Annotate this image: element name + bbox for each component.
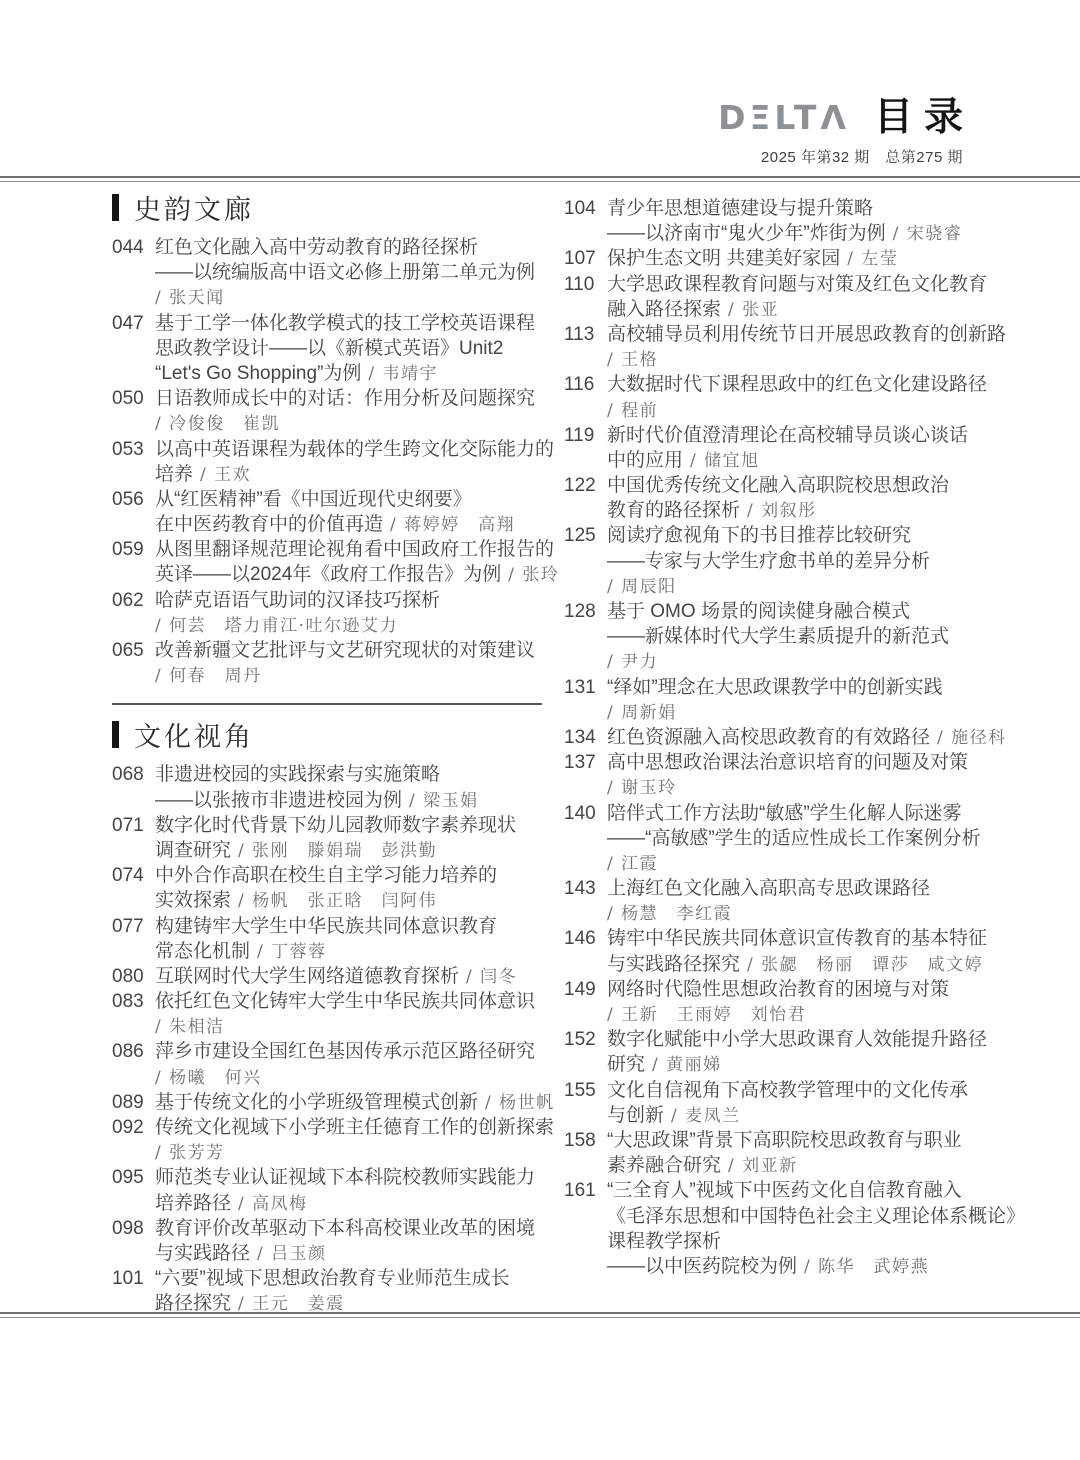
entry-title-text: 依托红色文化铸牢大学生中华民族共同体意识 — [155, 991, 535, 1012]
entry-lines: 中国优秀传统文化融入高职院校思想政治教育的路径探析/ 刘叙彤 — [607, 473, 1016, 523]
entry-authors: / 张勰 杨丽 谭莎 咸文婷 — [747, 955, 983, 975]
entry-title-text: 师范类专业认证视域下本科院校教师实践能力 — [155, 1167, 535, 1188]
entry-line: 师范类专业认证视域下本科院校教师实践能力 — [155, 1165, 542, 1190]
page-number: 128 — [564, 599, 607, 675]
page-number: 131 — [564, 675, 607, 725]
page-number: 158 — [564, 1128, 607, 1178]
entry-line: 英译——以2024年《政府工作报告》为例/ 张玲 — [155, 562, 542, 587]
entry-title-text: 中外合作高职在校生自主学习能力培养的 — [155, 865, 497, 886]
page-number: 122 — [564, 473, 607, 523]
entry-authors: / 周辰阳 — [607, 577, 677, 597]
entry-title-text: ——新媒体时代大学生素质提升的新范式 — [607, 626, 949, 647]
entry-line: ——以济南市“鬼火少年”炸街为例/ 宋骁睿 — [607, 221, 1016, 246]
entry-line: ——专家与大学生疗愈书单的差异分析 — [607, 549, 1016, 574]
entry-authors: / 刘叙彤 — [747, 501, 817, 521]
entry-authors: / 王元 姜震 — [238, 1294, 345, 1314]
entry-lines: 从“红医精神”看《中国近现代史纲要》在中医药教育中的价值再造/ 蒋婷婷 高翔 — [155, 487, 542, 537]
page-number: 083 — [112, 989, 155, 1039]
entry-title-text: 英译——以2024年《政府工作报告》为例 — [155, 564, 501, 585]
entry-title-text: 融入路径探索 — [607, 299, 721, 320]
page-number: 134 — [564, 725, 607, 750]
toc-entry: 059从图里翻译规范理论视角看中国政府工作报告的英译——以2024年《政府工作报… — [112, 537, 542, 587]
entry-line: / 周新娟 — [607, 700, 1016, 725]
entry-title-text: 日语教师成长中的对话：作用分析及问题探究 — [155, 388, 535, 409]
entry-lines: 互联网时代大学生网络道德教育探析/ 闫冬 — [155, 964, 542, 989]
entry-title-text: 网络时代隐性思想政治教育的困境与对策 — [607, 979, 949, 1000]
entry-title-text: 培养路径 — [155, 1193, 231, 1214]
section-marker-bar — [112, 721, 119, 748]
entry-line: 基于传统文化的小学班级管理模式创新/ 杨世帆 — [155, 1090, 542, 1115]
page-number: 140 — [564, 801, 607, 877]
entry-authors: / 陈华 武婷燕 — [804, 1257, 929, 1277]
entry-line: / 冷俊俊 崔凯 — [155, 411, 542, 436]
entry-title-text: 与创新 — [607, 1105, 664, 1126]
entry-line: / 何芸 塔力甫江·吐尔逊艾力 — [155, 613, 542, 638]
entry-lines: 教育评价改革驱动下本科高校课业改革的困境与实践路径/ 吕玉颜 — [155, 1216, 542, 1266]
toc-entry: 143上海红色文化融入高职高专思政课路径/ 杨慧 李红霞 — [564, 876, 1016, 926]
entry-line: 与创新/ 麦凤兰 — [607, 1103, 1016, 1128]
toc-entry: 137高中思想政治课法治意识培育的问题及对策/ 谢玉玲 — [564, 750, 1016, 800]
entry-line: 从“红医精神”看《中国近现代史纲要》 — [155, 487, 542, 512]
entry-line: 调查研究/ 张刚 滕娟瑞 彭洪勤 — [155, 838, 542, 863]
entry-line: 萍乡市建设全国红色基因传承示范区路径研究 — [155, 1039, 542, 1064]
entry-lines: 铸牢中华民族共同体意识宣传教育的基本特征与实践路径探究/ 张勰 杨丽 谭莎 咸文… — [607, 926, 1016, 976]
entry-line: 培养/ 王欢 — [155, 462, 542, 487]
section-title: 文化视角 — [134, 715, 254, 754]
entry-title-text: 调查研究 — [155, 840, 231, 861]
toc-entry: 134红色资源融入高校思政教育的有效路径/ 施径科 — [564, 725, 1016, 750]
entry-lines: 依托红色文化铸牢大学生中华民族共同体意识/ 朱相洁 — [155, 989, 542, 1039]
toc-entry: 083依托红色文化铸牢大学生中华民族共同体意识/ 朱相洁 — [112, 989, 542, 1039]
entry-lines: 改善新疆文艺批评与文艺研究现状的对策建议/ 何春 周丹 — [155, 638, 542, 688]
toc-entry: 062哈萨克语语气助词的汉译技巧探析/ 何芸 塔力甫江·吐尔逊艾力 — [112, 588, 542, 638]
page-number: 116 — [564, 372, 607, 422]
entry-line: / 张芳芳 — [155, 1140, 542, 1165]
entry-lines: 青少年思想道德建设与提升策略——以济南市“鬼火少年”炸街为例/ 宋骁睿 — [607, 196, 1016, 246]
entry-title-text: “大思政课”背景下高职院校思政教育与职业 — [607, 1130, 962, 1151]
entry-title-text: 基于 OMO 场景的阅读健身融合模式 — [607, 601, 910, 622]
entry-title-text: 中的应用 — [607, 450, 683, 471]
entry-line: 教育评价改革驱动下本科高校课业改革的困境 — [155, 1216, 542, 1241]
entry-authors: / 韦靖宇 — [368, 364, 438, 384]
toc-entry: 140陪伴式工作方法助“敏感”学生化解人际迷雾——“高敏感”学生的适应性成长工作… — [564, 801, 1016, 877]
toc-entry: 113高校辅导员利用传统节日开展思政教育的创新路/ 王格 — [564, 322, 1016, 372]
entry-title-text: 与实践路径探究 — [607, 954, 740, 975]
entry-line: “绎如”理念在大思政课教学中的创新实践 — [607, 675, 1016, 700]
page-number: 044 — [112, 235, 155, 311]
entry-title-text: 红色资源融入高校思政教育的有效路径 — [607, 727, 930, 748]
entry-authors: / 麦凤兰 — [671, 1106, 741, 1126]
toc-entry: 092传统文化视域下小学班主任德育工作的创新探索/ 张芳芳 — [112, 1115, 542, 1165]
entry-line: 上海红色文化融入高职高专思政课路径 — [607, 876, 1016, 901]
entry-lines: 文化自信视角下高校教学管理中的文化传承与创新/ 麦凤兰 — [607, 1078, 1016, 1128]
entry-line: ——以统编版高中语文必修上册第二单元为例 — [155, 260, 542, 285]
entry-title-text: “Let's Go Shopping”为例 — [155, 363, 361, 384]
entry-line: “Let's Go Shopping”为例/ 韦靖宇 — [155, 361, 542, 386]
entry-line: 培养路径/ 高凤梅 — [155, 1191, 542, 1216]
entry-lines: 以高中英语课程为载体的学生跨文化交际能力的培养/ 王欢 — [155, 437, 542, 487]
toc-entry: 056从“红医精神”看《中国近现代史纲要》在中医药教育中的价值再造/ 蒋婷婷 高… — [112, 487, 542, 537]
entry-lines: 数字化赋能中小学大思政课育人效能提升路径研究/ 黄丽娣 — [607, 1027, 1016, 1077]
toc-page: { "colors": { "logo": "#8d9194", "title_… — [0, 0, 1080, 1460]
entry-line: 《毛泽东思想和中国特色社会主义理论体系概论》 — [607, 1204, 1016, 1229]
entry-title-text: 构建铸牢大学生中华民族共同体意识教育 — [155, 916, 497, 937]
page-number: 047 — [112, 311, 155, 387]
entry-authors: / 高凤梅 — [238, 1194, 308, 1214]
entry-lines: 基于 OMO 场景的阅读健身融合模式——新媒体时代大学生素质提升的新范式/ 尹力 — [607, 599, 1016, 675]
entry-title-text: 教育评价改革驱动下本科高校课业改革的困境 — [155, 1218, 535, 1239]
section-divider — [112, 703, 542, 705]
entry-line: 素养融合研究/ 刘亚新 — [607, 1153, 1016, 1178]
entry-lines: 数字化时代背景下幼儿园教师数字素养现状调查研究/ 张刚 滕娟瑞 彭洪勤 — [155, 813, 542, 863]
entry-line: 陪伴式工作方法助“敏感”学生化解人际迷雾 — [607, 801, 1016, 826]
entry-line: 铸牢中华民族共同体意识宣传教育的基本特征 — [607, 926, 1016, 951]
entry-authors: / 杨帆 张正晗 闫阿伟 — [238, 891, 437, 911]
entry-authors: / 梁玉娟 — [409, 791, 479, 811]
entry-title-text: “绎如”理念在大思政课教学中的创新实践 — [607, 677, 943, 698]
toc-entry: 044红色文化融入高中劳动教育的路径探析——以统编版高中语文必修上册第二单元为例… — [112, 235, 542, 311]
toc-entry: 155文化自信视角下高校教学管理中的文化传承与创新/ 麦凤兰 — [564, 1078, 1016, 1128]
entry-line: 与实践路径/ 吕玉颜 — [155, 1241, 542, 1266]
entry-title-text: 阅读疗愈视角下的书目推荐比较研究 — [607, 525, 911, 546]
toc-entry: 080互联网时代大学生网络道德教育探析/ 闫冬 — [112, 964, 542, 989]
entry-title-text: ——以中医药院校为例 — [607, 1256, 797, 1277]
entry-authors: / 王格 — [607, 350, 658, 370]
entry-title-text: 大数据时代下课程思政中的红色文化建设路径 — [607, 374, 987, 395]
entry-line: 基于 OMO 场景的阅读健身融合模式 — [607, 599, 1016, 624]
toc-entry: 050日语教师成长中的对话：作用分析及问题探究/ 冷俊俊 崔凯 — [112, 386, 542, 436]
entry-authors: / 宋骁睿 — [893, 224, 963, 244]
page-number: 119 — [564, 423, 607, 473]
entry-title-text: 实效探索 — [155, 890, 231, 911]
page-number: 074 — [112, 863, 155, 913]
entry-title-text: 新时代价值澄清理论在高校辅导员谈心谈话 — [607, 425, 968, 446]
page-number: 062 — [112, 588, 155, 638]
entry-line: / 杨曦 何兴 — [155, 1065, 542, 1090]
entry-line: / 杨慧 李红霞 — [607, 901, 1016, 926]
entry-authors: / 张玲 — [508, 565, 559, 585]
entry-title-text: ——以济南市“鬼火少年”炸街为例 — [607, 223, 886, 244]
entry-authors: / 施径科 — [937, 728, 1007, 748]
page-number: 152 — [564, 1027, 607, 1077]
entry-authors: / 周新娟 — [607, 703, 677, 723]
toc-entry: 077构建铸牢大学生中华民族共同体意识教育常态化机制/ 丁蓉蓉 — [112, 914, 542, 964]
page-number: 086 — [112, 1039, 155, 1089]
page-header: DΞLTΛ 目录 2025 年第32 期 总第275 期 — [718, 98, 963, 167]
entry-line: 基于工学一体化教学模式的技工学校英语课程 — [155, 311, 542, 336]
entry-lines: 上海红色文化融入高职高专思政课路径/ 杨慧 李红霞 — [607, 876, 1016, 926]
entry-title-text: 研究 — [607, 1054, 645, 1075]
entry-lines: 从图里翻译规范理论视角看中国政府工作报告的英译——以2024年《政府工作报告》为… — [155, 537, 542, 587]
entry-authors: / 左莹 — [847, 249, 898, 269]
entry-line: “大思政课”背景下高职院校思政教育与职业 — [607, 1128, 1016, 1153]
entry-title-text: 改善新疆文艺批评与文艺研究现状的对策建议 — [155, 640, 535, 661]
entry-title-text: “六要”视域下思想政治教育专业师范生成长 — [155, 1268, 510, 1289]
entry-title-text: 传统文化视域下小学班主任德育工作的创新探索 — [155, 1117, 554, 1138]
toc-entry: 116大数据时代下课程思政中的红色文化建设路径/ 程前 — [564, 372, 1016, 422]
entry-authors: / 程前 — [607, 401, 658, 421]
entry-line: 中的应用/ 储宜旭 — [607, 448, 1016, 473]
entry-title-text: 青少年思想道德建设与提升策略 — [607, 198, 873, 219]
entry-lines: “六要”视域下思想政治教育专业师范生成长路径探究/ 王元 姜震 — [155, 1266, 542, 1316]
entry-line: 在中医药教育中的价值再造/ 蒋婷婷 高翔 — [155, 512, 542, 537]
entry-line: 大学思政课程教育问题与对策及红色文化教育 — [607, 272, 1016, 297]
entry-line: / 江霞 — [607, 851, 1016, 876]
page-number: 110 — [564, 272, 607, 322]
toc-entry: 071数字化时代背景下幼儿园教师数字素养现状调查研究/ 张刚 滕娟瑞 彭洪勤 — [112, 813, 542, 863]
entry-title-text: 数字化时代背景下幼儿园教师数字素养现状 — [155, 815, 516, 836]
entry-line: / 何春 周丹 — [155, 663, 542, 688]
entry-title-text: 萍乡市建设全国红色基因传承示范区路径研究 — [155, 1041, 535, 1062]
entry-lines: 高中思想政治课法治意识培育的问题及对策/ 谢玉玲 — [607, 750, 1016, 800]
entry-authors: / 何芸 塔力甫江·吐尔逊艾力 — [155, 616, 398, 636]
entry-line: 构建铸牢大学生中华民族共同体意识教育 — [155, 914, 542, 939]
entry-authors: / 杨曦 何兴 — [155, 1068, 262, 1088]
toc-entry: 047基于工学一体化教学模式的技工学校英语课程思政教学设计——以《新模式英语》U… — [112, 311, 542, 387]
entry-line: 大数据时代下课程思政中的红色文化建设路径 — [607, 372, 1016, 397]
toc-entry: 161“三全育人”视域下中医药文化自信教育融入《毛泽东思想和中国特色社会主义理论… — [564, 1178, 1016, 1279]
page-number: 137 — [564, 750, 607, 800]
entry-authors: / 尹力 — [607, 652, 658, 672]
toc-entry: 119新时代价值澄清理论在高校辅导员谈心谈话中的应用/ 储宜旭 — [564, 423, 1016, 473]
toc-column-left: 史韵文廊044红色文化融入高中劳动教育的路径探析——以统编版高中语文必修上册第二… — [112, 192, 542, 1317]
entry-line: 路径探究/ 王元 姜震 — [155, 1291, 542, 1316]
entry-line: 红色资源融入高校思政教育的有效路径/ 施径科 — [607, 725, 1016, 750]
entry-authors: / 储宜旭 — [690, 451, 760, 471]
entry-authors: / 丁蓉蓉 — [257, 942, 327, 962]
page-number: 068 — [112, 762, 155, 812]
entry-title-text: 以高中英语课程为载体的学生跨文化交际能力的 — [155, 439, 554, 460]
page-number: 113 — [564, 322, 607, 372]
entry-lines: “三全育人”视域下中医药文化自信教育融入《毛泽东思想和中国特色社会主义理论体系概… — [607, 1178, 1016, 1279]
page-number: 104 — [564, 196, 607, 246]
entry-title-text: ——“高敏感”学生的适应性成长工作案例分析 — [607, 828, 981, 849]
page-number: 095 — [112, 1165, 155, 1215]
entry-authors: / 张刚 滕娟瑞 彭洪勤 — [238, 841, 437, 861]
entry-line: “三全育人”视域下中医药文化自信教育融入 — [607, 1178, 1016, 1203]
entry-lines: 中外合作高职在校生自主学习能力培养的实效探索/ 杨帆 张正晗 闫阿伟 — [155, 863, 542, 913]
toc-entry: 098教育评价改革驱动下本科高校课业改革的困境与实践路径/ 吕玉颜 — [112, 1216, 542, 1266]
entry-title-text: 《毛泽东思想和中国特色社会主义理论体系概论》 — [607, 1206, 1025, 1227]
entry-line: 文化自信视角下高校教学管理中的文化传承 — [607, 1078, 1016, 1103]
entry-lines: 基于传统文化的小学班级管理模式创新/ 杨世帆 — [155, 1090, 542, 1115]
entry-lines: 日语教师成长中的对话：作用分析及问题探究/ 冷俊俊 崔凯 — [155, 386, 542, 436]
entry-authors: / 蒋婷婷 高翔 — [390, 515, 515, 535]
entry-title-text: 从图里翻译规范理论视角看中国政府工作报告的 — [155, 539, 554, 560]
toc-entry: 122中国优秀传统文化融入高职院校思想政治教育的路径探析/ 刘叙彤 — [564, 473, 1016, 523]
page-number: 101 — [112, 1266, 155, 1316]
entry-authors: / 王欢 — [200, 465, 251, 485]
entry-lines: 陪伴式工作方法助“敏感”学生化解人际迷雾——“高敏感”学生的适应性成长工作案例分… — [607, 801, 1016, 877]
entry-lines: 红色资源融入高校思政教育的有效路径/ 施径科 — [607, 725, 1016, 750]
entry-title-text: ——以统编版高中语文必修上册第二单元为例 — [155, 262, 535, 283]
entry-title-text: 数字化赋能中小学大思政课育人效能提升路径 — [607, 1029, 987, 1050]
entry-lines: 高校辅导员利用传统节日开展思政教育的创新路/ 王格 — [607, 322, 1016, 372]
entry-title-text: ——以张掖市非遗进校园为例 — [155, 790, 402, 811]
entry-title-text: 从“红医精神”看《中国近现代史纲要》 — [155, 489, 472, 510]
entry-line: 中外合作高职在校生自主学习能力培养的 — [155, 863, 542, 888]
entry-lines: “绎如”理念在大思政课教学中的创新实践/ 周新娟 — [607, 675, 1016, 725]
entry-line: 互联网时代大学生网络道德教育探析/ 闫冬 — [155, 964, 542, 989]
entry-line: 常态化机制/ 丁蓉蓉 — [155, 939, 542, 964]
toc-column-right: 104青少年思想道德建设与提升策略——以济南市“鬼火少年”炸街为例/ 宋骁睿10… — [564, 196, 1016, 1279]
page-number: 056 — [112, 487, 155, 537]
toc-entry: 068非遗进校园的实践探索与实施策略——以张掖市非遗进校园为例/ 梁玉娟 — [112, 762, 542, 812]
entry-title-text: 红色文化融入高中劳动教育的路径探析 — [155, 237, 478, 258]
entry-title-text: 课程教学探析 — [607, 1231, 721, 1252]
entry-line: 与实践路径探究/ 张勰 杨丽 谭莎 咸文婷 — [607, 952, 1016, 977]
entry-line: / 王格 — [607, 347, 1016, 372]
entry-authors: / 谢玉玲 — [607, 778, 677, 798]
toc-entry: 086萍乡市建设全国红色基因传承示范区路径研究/ 杨曦 何兴 — [112, 1039, 542, 1089]
page-title: 目录 — [874, 98, 974, 137]
entry-line: 从图里翻译规范理论视角看中国政府工作报告的 — [155, 537, 542, 562]
entry-line: 高中思想政治课法治意识培育的问题及对策 — [607, 750, 1016, 775]
entry-title-text: 文化自信视角下高校教学管理中的文化传承 — [607, 1080, 968, 1101]
section-marker-bar — [112, 194, 119, 221]
entry-title-text: 哈萨克语语气助词的汉译技巧探析 — [155, 590, 440, 611]
entry-authors: / 张亚 — [728, 300, 779, 320]
entry-authors: / 王新 王雨婷 刘怡君 — [607, 1005, 806, 1025]
entry-authors: / 杨慧 李红霞 — [607, 904, 732, 924]
page-number: 161 — [564, 1178, 607, 1279]
entry-authors: / 闫冬 — [466, 967, 517, 987]
entry-title-text: 上海红色文化融入高职高专思政课路径 — [607, 878, 930, 899]
toc-entry: 146铸牢中华民族共同体意识宣传教育的基本特征与实践路径探究/ 张勰 杨丽 谭莎… — [564, 926, 1016, 976]
entry-line: / 尹力 — [607, 649, 1016, 674]
entry-lines: 师范类专业认证视域下本科院校教师实践能力培养路径/ 高凤梅 — [155, 1165, 542, 1215]
entry-line: 网络时代隐性思想政治教育的困境与对策 — [607, 977, 1016, 1002]
entry-line: 中国优秀传统文化融入高职院校思想政治 — [607, 473, 1016, 498]
entry-line: 实效探索/ 杨帆 张正晗 闫阿伟 — [155, 888, 542, 913]
entry-lines: 阅读疗愈视角下的书目推荐比较研究——专家与大学生疗愈书单的差异分析/ 周辰阳 — [607, 523, 1016, 599]
entry-title-text: 中国优秀传统文化融入高职院校思想政治 — [607, 475, 949, 496]
toc-entry: 089基于传统文化的小学班级管理模式创新/ 杨世帆 — [112, 1090, 542, 1115]
entry-line: 哈萨克语语气助词的汉译技巧探析 — [155, 588, 542, 613]
section-header: 文化视角 — [112, 719, 542, 749]
entry-line: / 张天闻 — [155, 285, 542, 310]
entry-line: 依托红色文化铸牢大学生中华民族共同体意识 — [155, 989, 542, 1014]
entry-lines: 大学思政课程教育问题与对策及红色文化教育融入路径探索/ 张亚 — [607, 272, 1016, 322]
entry-line: 阅读疗愈视角下的书目推荐比较研究 — [607, 523, 1016, 548]
toc-entry: 131“绎如”理念在大思政课教学中的创新实践/ 周新娟 — [564, 675, 1016, 725]
entry-title-text: 铸牢中华民族共同体意识宣传教育的基本特征 — [607, 928, 987, 949]
entry-line: / 朱相洁 — [155, 1014, 542, 1039]
page-number: 149 — [564, 977, 607, 1027]
entry-authors: / 张芳芳 — [155, 1143, 225, 1163]
entry-line: / 周辰阳 — [607, 574, 1016, 599]
page-number: 098 — [112, 1216, 155, 1266]
entry-line: 新时代价值澄清理论在高校辅导员谈心谈话 — [607, 423, 1016, 448]
toc-entry: 125阅读疗愈视角下的书目推荐比较研究——专家与大学生疗愈书单的差异分析/ 周辰… — [564, 523, 1016, 599]
entry-title-text: 常态化机制 — [155, 941, 250, 962]
page-number: 155 — [564, 1078, 607, 1128]
entry-lines: 基于工学一体化教学模式的技工学校英语课程思政教学设计——以《新模式英语》Unit… — [155, 311, 542, 387]
entry-title-text: 思政教学设计——以《新模式英语》Unit2 — [155, 338, 503, 359]
entry-line: 非遗进校园的实践探索与实施策略 — [155, 762, 542, 787]
toc-entry: 128基于 OMO 场景的阅读健身融合模式——新媒体时代大学生素质提升的新范式/… — [564, 599, 1016, 675]
toc-entry: 158“大思政课”背景下高职院校思政教育与职业素养融合研究/ 刘亚新 — [564, 1128, 1016, 1178]
entry-line: ——“高敏感”学生的适应性成长工作案例分析 — [607, 826, 1016, 851]
entry-title-text: 陪伴式工作方法助“敏感”学生化解人际迷雾 — [607, 803, 962, 824]
page-number: 146 — [564, 926, 607, 976]
entry-lines: 大数据时代下课程思政中的红色文化建设路径/ 程前 — [607, 372, 1016, 422]
entry-line: 传统文化视域下小学班主任德育工作的创新探索 — [155, 1115, 542, 1140]
entry-line: / 谢玉玲 — [607, 775, 1016, 800]
page-number: 107 — [564, 246, 607, 271]
entry-line: 以高中英语课程为载体的学生跨文化交际能力的 — [155, 437, 542, 462]
entry-title-text: 素养融合研究 — [607, 1155, 721, 1176]
page-number: 092 — [112, 1115, 155, 1165]
page-number: 125 — [564, 523, 607, 599]
entry-line: ——以中医药院校为例/ 陈华 武婷燕 — [607, 1254, 1016, 1279]
entry-lines: 网络时代隐性思想政治教育的困境与对策/ 王新 王雨婷 刘怡君 — [607, 977, 1016, 1027]
entry-authors: / 何春 周丹 — [155, 666, 262, 686]
entry-lines: “大思政课”背景下高职院校思政教育与职业素养融合研究/ 刘亚新 — [607, 1128, 1016, 1178]
section-header: 史韵文廊 — [112, 192, 542, 222]
entry-lines: 萍乡市建设全国红色基因传承示范区路径研究/ 杨曦 何兴 — [155, 1039, 542, 1089]
page-number: 059 — [112, 537, 155, 587]
entry-title-text: 路径探究 — [155, 1293, 231, 1314]
toc-entry: 104青少年思想道德建设与提升策略——以济南市“鬼火少年”炸街为例/ 宋骁睿 — [564, 196, 1016, 246]
entry-title-text: 保护生态文明 共建美好家园 — [607, 248, 840, 269]
entry-title-text: 基于工学一体化教学模式的技工学校英语课程 — [155, 313, 535, 334]
entry-title-text: 大学思政课程教育问题与对策及红色文化教育 — [607, 274, 987, 295]
entry-authors: / 江霞 — [607, 854, 658, 874]
entry-title-text: 基于传统文化的小学班级管理模式创新 — [155, 1092, 478, 1113]
toc-entry: 074中外合作高职在校生自主学习能力培养的实效探索/ 杨帆 张正晗 闫阿伟 — [112, 863, 542, 913]
entry-authors: / 冷俊俊 崔凯 — [155, 414, 280, 434]
entry-title-text: 高校辅导员利用传统节日开展思政教育的创新路 — [607, 324, 1006, 345]
entry-line: / 程前 — [607, 398, 1016, 423]
entry-authors: / 刘亚新 — [728, 1156, 798, 1176]
page-number: 143 — [564, 876, 607, 926]
issue-info: 2025 年第32 期 总第275 期 — [718, 146, 963, 167]
entry-lines: 传统文化视域下小学班主任德育工作的创新探索/ 张芳芳 — [155, 1115, 542, 1165]
entry-title-text: 培养 — [155, 464, 193, 485]
entry-line: 数字化赋能中小学大思政课育人效能提升路径 — [607, 1027, 1016, 1052]
page-number: 080 — [112, 964, 155, 989]
entry-line: 教育的路径探析/ 刘叙彤 — [607, 498, 1016, 523]
entry-authors: / 吕玉颜 — [257, 1244, 327, 1264]
toc-entry: 152数字化赋能中小学大思政课育人效能提升路径研究/ 黄丽娣 — [564, 1027, 1016, 1077]
section-title: 史韵文廊 — [134, 188, 254, 227]
entry-line: “六要”视域下思想政治教育专业师范生成长 — [155, 1266, 542, 1291]
entry-line: 保护生态文明 共建美好家园/ 左莹 — [607, 246, 1016, 271]
toc-entry: 095师范类专业认证视域下本科院校教师实践能力培养路径/ 高凤梅 — [112, 1165, 542, 1215]
entry-title-text: 与实践路径 — [155, 1243, 250, 1264]
page-number: 065 — [112, 638, 155, 688]
entry-line: 日语教师成长中的对话：作用分析及问题探究 — [155, 386, 542, 411]
entry-line: ——以张掖市非遗进校园为例/ 梁玉娟 — [155, 788, 542, 813]
entry-line: 高校辅导员利用传统节日开展思政教育的创新路 — [607, 322, 1016, 347]
page-number: 077 — [112, 914, 155, 964]
toc-entry: 101“六要”视域下思想政治教育专业师范生成长路径探究/ 王元 姜震 — [112, 1266, 542, 1316]
entry-line: 红色文化融入高中劳动教育的路径探析 — [155, 235, 542, 260]
entry-title-text: 在中医药教育中的价值再造 — [155, 514, 383, 535]
entry-line: 青少年思想道德建设与提升策略 — [607, 196, 1016, 221]
entry-line: ——新媒体时代大学生素质提升的新范式 — [607, 624, 1016, 649]
page-number: 050 — [112, 386, 155, 436]
entry-title-text: 非遗进校园的实践探索与实施策略 — [155, 764, 440, 785]
entry-title-text: 互联网时代大学生网络道德教育探析 — [155, 966, 459, 987]
entry-authors: / 杨世帆 — [485, 1093, 555, 1113]
entry-title-text: ——专家与大学生疗愈书单的差异分析 — [607, 551, 930, 572]
entry-lines: 保护生态文明 共建美好家园/ 左莹 — [607, 246, 1016, 271]
entry-authors: / 黄丽娣 — [652, 1055, 722, 1075]
entry-line: 融入路径探索/ 张亚 — [607, 297, 1016, 322]
entry-title-text: “三全育人”视域下中医药文化自信教育融入 — [607, 1180, 962, 1201]
